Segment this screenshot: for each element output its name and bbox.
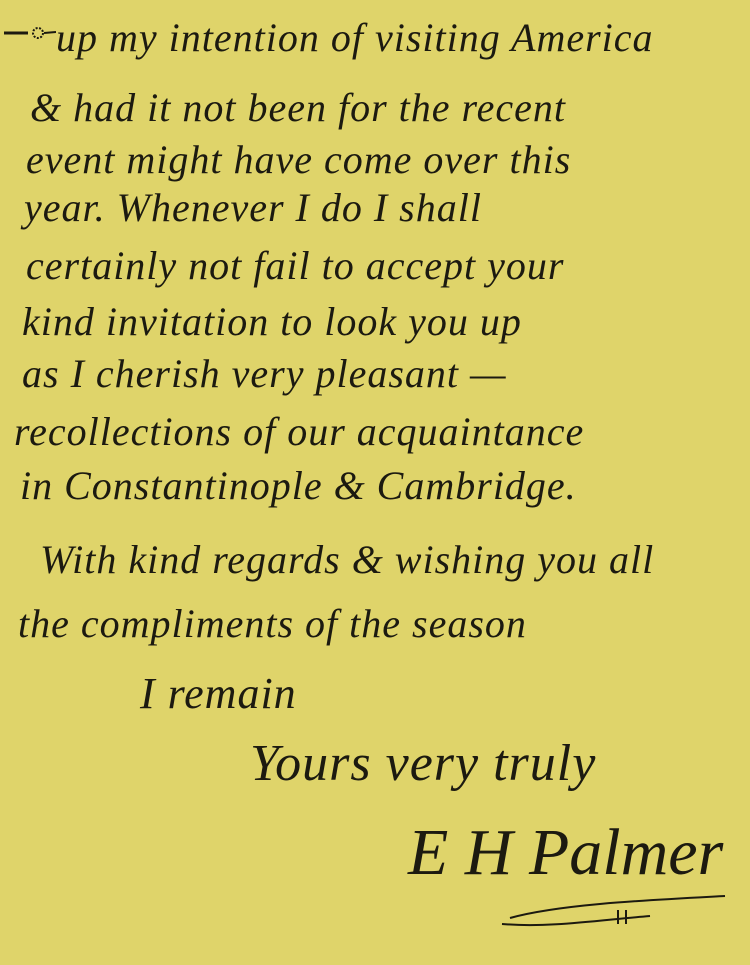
letter-line-2: & had it not been for the recent <box>30 88 566 128</box>
signature: E H Palmer <box>408 820 723 886</box>
sign-off: Yours very truly <box>250 738 596 790</box>
letter-line-5: certainly not fail to accept your <box>26 246 564 286</box>
letter-line-9: in Constantinople & Cambridge. <box>20 466 577 506</box>
letter-line-1: up my intention of visiting America <box>56 18 654 58</box>
letter-line-8: recollections of our acquaintance <box>14 412 584 452</box>
letter-line-3: event might have come over this <box>26 140 571 180</box>
signature-flourish-icon <box>500 890 730 930</box>
letter-page: up my intention of visiting America & ha… <box>0 0 750 965</box>
letter-line-6: kind invitation to look you up <box>22 302 522 342</box>
letter-line-4: year. Whenever I do I shall <box>24 188 482 228</box>
closing-line-1: With kind regards & wishing you all <box>40 540 654 580</box>
closing-line-2: the compliments of the season <box>18 604 527 644</box>
valediction: I remain <box>140 672 297 716</box>
letter-line-7: as I cherish very pleasant — <box>22 354 507 394</box>
continuation-mark-icon <box>4 26 56 40</box>
